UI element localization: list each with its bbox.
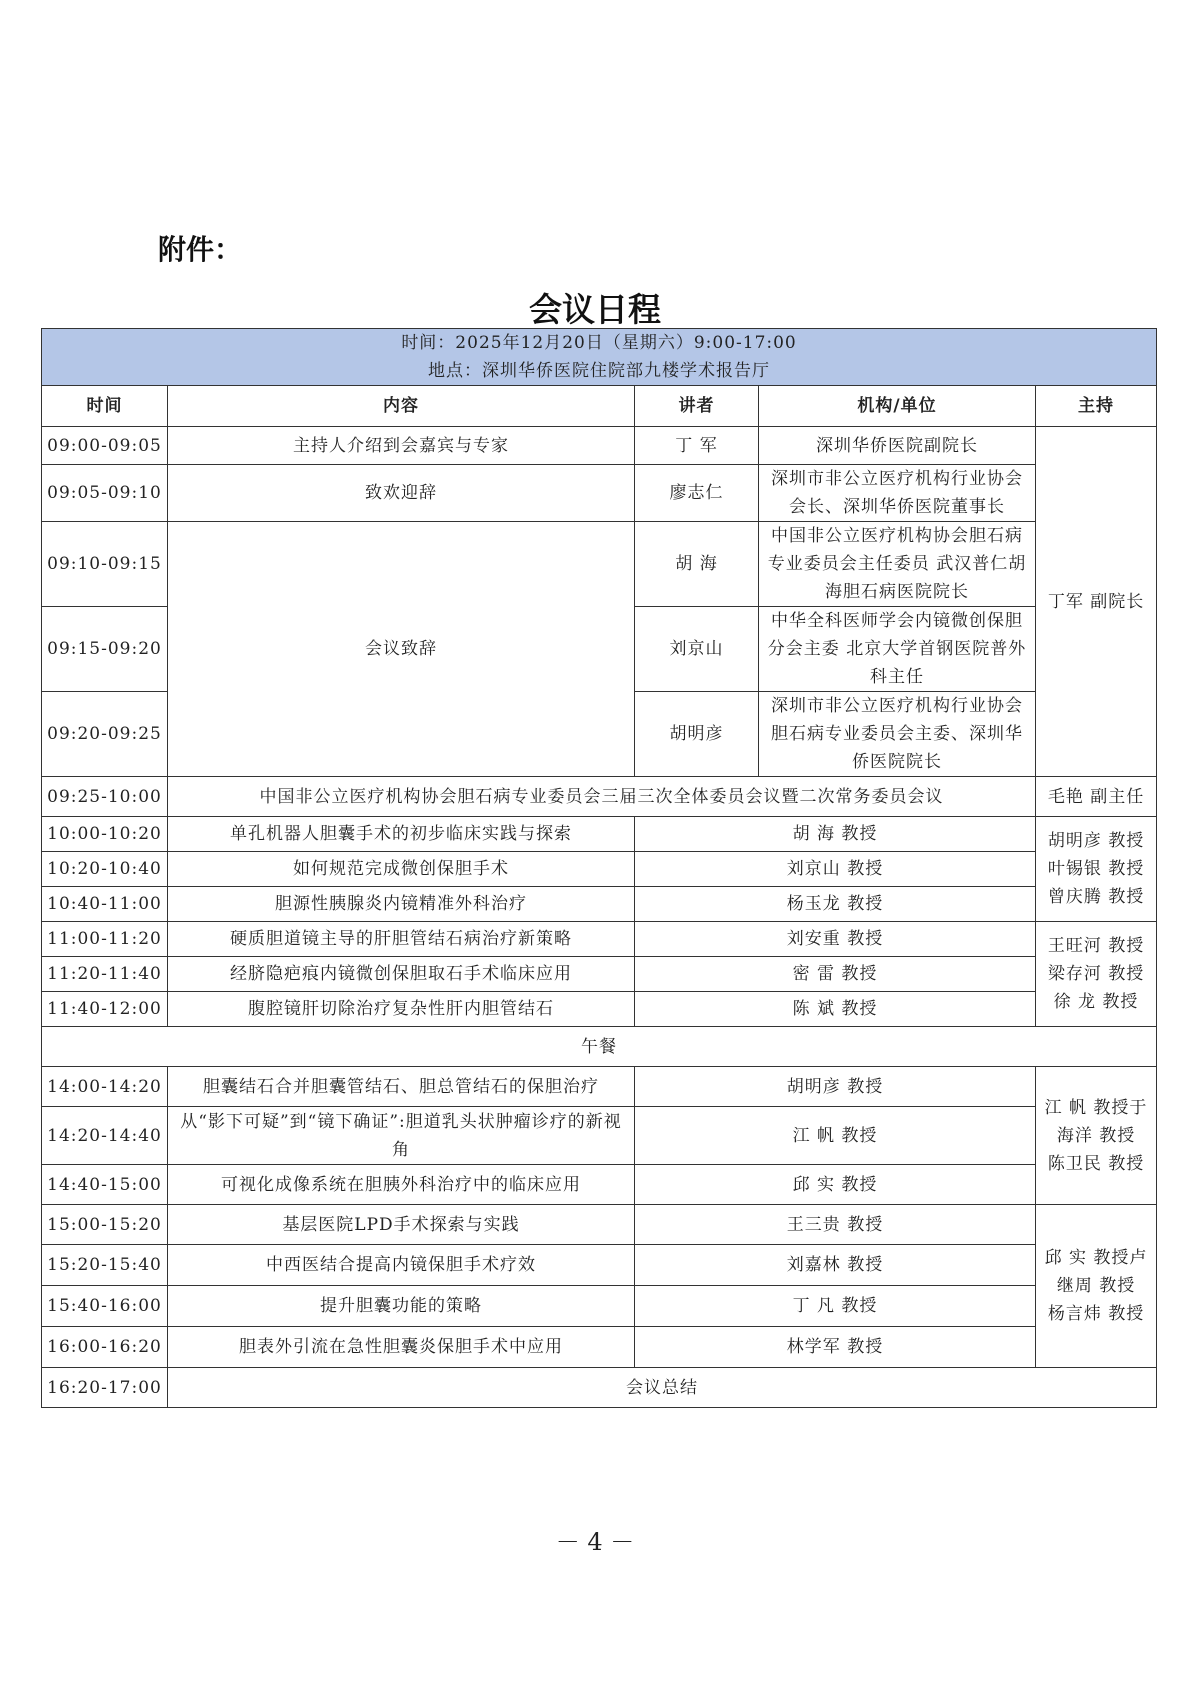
row-content: 单孔机器人胆囊手术的初步临床实践与探索 (168, 817, 635, 852)
row-speaker: 江 帆 教授 (635, 1107, 1036, 1165)
row-time: 11:00-11:20 (42, 922, 168, 957)
row-speaker: 廖志仁 (635, 465, 759, 522)
row-speaker: 杨玉龙 教授 (635, 887, 1036, 922)
table-row: 10:40-11:00 胆源性胰腺炎内镜精准外科治疗 杨玉龙 教授 (42, 887, 1157, 922)
table-row: 11:40-12:00 腹腔镜肝切除治疗复杂性肝内胆管结石 陈 斌 教授 (42, 992, 1157, 1027)
meeting-time: 时间：2025年12月20日（星期六）9:00-17:00 (46, 329, 1152, 357)
table-row: 15:00-15:20 基层医院LPD手术探索与实践 王三贵 教授 邱 实 教授… (42, 1205, 1157, 1245)
col-content: 内容 (168, 386, 635, 427)
row-speaker: 丁 凡 教授 (635, 1286, 1036, 1327)
host-cell: 胡明彦 教授 叶锡银 教授 曾庆腾 教授 (1036, 817, 1157, 922)
col-host: 主持 (1036, 386, 1157, 427)
row-time: 15:40-16:00 (42, 1286, 168, 1327)
row-time: 16:20-17:00 (42, 1368, 168, 1408)
row-time: 10:00-10:20 (42, 817, 168, 852)
host-cell: 邱 实 教授卢 继周 教授 杨言炜 教授 (1036, 1205, 1157, 1368)
row-time: 11:40-12:00 (42, 992, 168, 1027)
row-speaker: 丁 军 (635, 427, 759, 465)
row-content: 胆表外引流在急性胆囊炎保胆手术中应用 (168, 1327, 635, 1368)
row-time: 09:20-09:25 (42, 692, 168, 777)
row-content: 可视化成像系统在胆胰外科治疗中的临床应用 (168, 1165, 635, 1205)
row-content: 硬质胆道镜主导的肝胆管结石病治疗新策略 (168, 922, 635, 957)
row-time: 15:20-15:40 (42, 1245, 168, 1286)
host-cell: 江 帆 教授于 海洋 教授 陈卫民 教授 (1036, 1067, 1157, 1205)
row-content: 提升胆囊功能的策略 (168, 1286, 635, 1327)
host-line: 徐 龙 教授 (1040, 988, 1152, 1016)
table-row: 11:00-11:20 硬质胆道镜主导的肝胆管结石病治疗新策略 刘安重 教授 王… (42, 922, 1157, 957)
host-line: 叶锡银 教授 (1040, 855, 1152, 883)
row-speaker: 刘京山 教授 (635, 852, 1036, 887)
table-row: 14:00-14:20 胆囊结石合并胆囊管结石、胆总管结石的保胆治疗 胡明彦 教… (42, 1067, 1157, 1107)
lunch-break: 午餐 (42, 1027, 1157, 1067)
row-org: 深圳市非公立医疗机构行业协会胆石病专业委员会主委、深圳华侨医院院长 (759, 692, 1036, 777)
row-content: 基层医院LPD手术探索与实践 (168, 1205, 635, 1245)
host-line: 梁存河 教授 (1040, 960, 1152, 988)
row-content: 致欢迎辞 (168, 465, 635, 522)
schedule-table: 时间：2025年12月20日（星期六）9:00-17:00 地点：深圳华侨医院住… (41, 328, 1157, 1408)
host-line: 江 帆 教授于 (1040, 1094, 1152, 1122)
row-content: 中国非公立医疗机构协会胆石病专业委员会三届三次全体委员会议暨二次常务委员会议 (168, 777, 1036, 817)
row-time: 11:20-11:40 (42, 957, 168, 992)
table-header: 时间 内容 讲者 机构/单位 主持 (42, 386, 1157, 427)
host-line: 继周 教授 (1040, 1272, 1152, 1300)
host-line: 曾庆腾 教授 (1040, 883, 1152, 911)
table-row: 14:20-14:40 从“影下可疑”到“镜下确证”:胆道乳头状肿瘤诊疗的新视角… (42, 1107, 1157, 1165)
table-row: 10:00-10:20 单孔机器人胆囊手术的初步临床实践与探索 胡 海 教授 胡… (42, 817, 1157, 852)
row-content: 胆囊结石合并胆囊管结石、胆总管结石的保胆治疗 (168, 1067, 635, 1107)
table-row: 10:20-10:40 如何规范完成微创保胆手术 刘京山 教授 (42, 852, 1157, 887)
row-time: 14:40-15:00 (42, 1165, 168, 1205)
meeting-info: 时间：2025年12月20日（星期六）9:00-17:00 地点：深圳华侨医院住… (42, 329, 1157, 386)
row-time: 09:00-09:05 (42, 427, 168, 465)
table-row: 16:00-16:20 胆表外引流在急性胆囊炎保胆手术中应用 林学军 教授 (42, 1327, 1157, 1368)
table-row: 14:40-15:00 可视化成像系统在胆胰外科治疗中的临床应用 邱 实 教授 (42, 1165, 1157, 1205)
row-content: 会议总结 (168, 1368, 1157, 1408)
table-row: 09:00-09:05 主持人介绍到会嘉宾与专家 丁 军 深圳华侨医院副院长 丁… (42, 427, 1157, 465)
row-speaker: 刘京山 (635, 607, 759, 692)
row-speaker: 陈 斌 教授 (635, 992, 1036, 1027)
row-speaker: 林学军 教授 (635, 1327, 1036, 1368)
row-content: 主持人介绍到会嘉宾与专家 (168, 427, 635, 465)
host-line: 胡明彦 教授 (1040, 827, 1152, 855)
row-org: 中华全科医师学会内镜微创保胆分会主委 北京大学首钢医院普外科主任 (759, 607, 1036, 692)
row-org: 深圳华侨医院副院长 (759, 427, 1036, 465)
table-row: 11:20-11:40 经脐隐疤痕内镜微创保胆取石手术临床应用 密 雷 教授 (42, 957, 1157, 992)
row-content: 中西医结合提高内镜保胆手术疗效 (168, 1245, 635, 1286)
table-row: 15:20-15:40 中西医结合提高内镜保胆手术疗效 刘嘉林 教授 (42, 1245, 1157, 1286)
table-row: 09:05-09:10 致欢迎辞 廖志仁 深圳市非公立医疗机构行业协会会长、深圳… (42, 465, 1157, 522)
row-time: 09:05-09:10 (42, 465, 168, 522)
row-speaker: 刘嘉林 教授 (635, 1245, 1036, 1286)
page-title: 会议日程 (0, 284, 1190, 331)
row-speaker: 密 雷 教授 (635, 957, 1036, 992)
table-row: 16:20-17:00 会议总结 (42, 1368, 1157, 1408)
row-content: 会议致辞 (168, 522, 635, 777)
host-line: 邱 实 教授卢 (1040, 1244, 1152, 1272)
row-time: 10:20-10:40 (42, 852, 168, 887)
row-time: 14:00-14:20 (42, 1067, 168, 1107)
row-speaker: 胡明彦 (635, 692, 759, 777)
row-time: 09:25-10:00 (42, 777, 168, 817)
row-time: 15:00-15:20 (42, 1205, 168, 1245)
row-time: 10:40-11:00 (42, 887, 168, 922)
row-content: 经脐隐疤痕内镜微创保胆取石手术临床应用 (168, 957, 635, 992)
row-time: 09:15-09:20 (42, 607, 168, 692)
row-time: 09:10-09:15 (42, 522, 168, 607)
host-line: 王旺河 教授 (1040, 932, 1152, 960)
col-org: 机构/单位 (759, 386, 1036, 427)
row-content: 如何规范完成微创保胆手术 (168, 852, 635, 887)
table-row: 09:25-10:00 中国非公立医疗机构协会胆石病专业委员会三届三次全体委员会… (42, 777, 1157, 817)
host-cell: 毛艳 副主任 (1036, 777, 1157, 817)
col-time: 时间 (42, 386, 168, 427)
host-cell: 丁军 副院长 (1036, 427, 1157, 777)
host-line: 杨言炜 教授 (1040, 1300, 1152, 1328)
row-content: 腹腔镜肝切除治疗复杂性肝内胆管结石 (168, 992, 635, 1027)
row-speaker: 胡 海 (635, 522, 759, 607)
host-cell: 王旺河 教授 梁存河 教授 徐 龙 教授 (1036, 922, 1157, 1027)
host-line: 海洋 教授 (1040, 1122, 1152, 1150)
row-speaker: 邱 实 教授 (635, 1165, 1036, 1205)
table-row: 09:10-09:15 会议致辞 胡 海 中国非公立医疗机构协会胆石病专业委员会… (42, 522, 1157, 607)
meeting-location: 地点：深圳华侨医院住院部九楼学术报告厅 (46, 357, 1152, 385)
row-time: 14:20-14:40 (42, 1107, 168, 1165)
row-org: 中国非公立医疗机构协会胆石病专业委员会主任委员 武汉普仁胡海胆石病医院院长 (759, 522, 1036, 607)
row-speaker: 胡 海 教授 (635, 817, 1036, 852)
table-row: 午餐 (42, 1027, 1157, 1067)
row-speaker: 胡明彦 教授 (635, 1067, 1036, 1107)
table-row: 15:40-16:00 提升胆囊功能的策略 丁 凡 教授 (42, 1286, 1157, 1327)
row-speaker: 刘安重 教授 (635, 922, 1036, 957)
row-org: 深圳市非公立医疗机构行业协会会长、深圳华侨医院董事长 (759, 465, 1036, 522)
page-number: － 4 － (0, 1522, 1190, 1557)
row-speaker: 王三贵 教授 (635, 1205, 1036, 1245)
host-line: 陈卫民 教授 (1040, 1150, 1152, 1178)
row-time: 16:00-16:20 (42, 1327, 168, 1368)
row-content: 胆源性胰腺炎内镜精准外科治疗 (168, 887, 635, 922)
col-speaker: 讲者 (635, 386, 759, 427)
attachment-label: 附件： (158, 228, 242, 268)
row-content: 从“影下可疑”到“镜下确证”:胆道乳头状肿瘤诊疗的新视角 (168, 1107, 635, 1165)
